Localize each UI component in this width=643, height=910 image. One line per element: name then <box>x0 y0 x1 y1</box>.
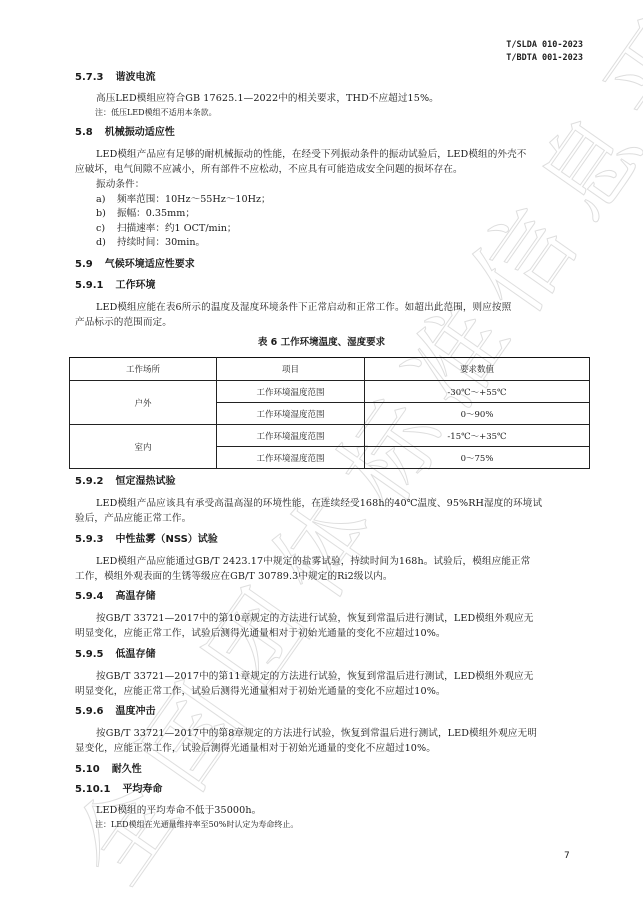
table-header-row: 工作场所 项目 要求数值 <box>70 358 590 381</box>
item-cell: 工作环境湿度范围 <box>217 403 365 425</box>
section-heading-5-7-3: 5.7.3谐波电流 <box>75 71 155 85</box>
condition-label: 振动条件： <box>96 178 144 192</box>
value-cell: -15℃～+35℃ <box>365 425 590 447</box>
standard-code-1: T/SLDA 010-2023 <box>506 38 583 52</box>
header-cell: 要求数值 <box>365 358 590 381</box>
environment-requirements-table: 工作场所 项目 要求数值 户外 工作环境温度范围 -30℃～+55℃ 工作环境湿… <box>69 357 590 469</box>
section-heading-5-9: 5.9气候环境适应性要求 <box>75 258 195 272</box>
section-body-line: LED模组产品应能通过GB/T 2423.17中规定的盐雾试验，持续时间为168… <box>96 555 530 569</box>
note: 注：低压LED模组不适用本条款。 <box>95 106 217 120</box>
list-item: d)持续时间：30min。 <box>96 236 205 250</box>
section-heading-5-9-6: 5.9.6温度冲击 <box>75 705 155 719</box>
section-body-line: 验后，产品应能正常工作。 <box>75 512 191 526</box>
section-heading-5-9-4: 5.9.4高温存储 <box>75 590 155 604</box>
value-cell: -30℃～+55℃ <box>365 381 590 403</box>
section-heading-5-9-3: 5.9.3中性盐雾（NSS）试验 <box>75 533 218 547</box>
list-item: a)频率范围：10Hz～55Hz～10Hz； <box>96 193 271 207</box>
section-heading-5-8: 5.8机械振动适应性 <box>75 126 175 140</box>
item-cell: 工作环境温度范围 <box>217 425 365 447</box>
section-body-line: LED模组产品应有足够的耐机械振动的性能，在经受下列振动条件的振动试验后，LED… <box>96 148 526 162</box>
table-caption: 表 6 工作环境温度、湿度要求 <box>0 336 643 350</box>
section-heading-5-10: 5.10耐久性 <box>75 763 142 777</box>
item-cell: 工作环境温度范围 <box>217 381 365 403</box>
header-cell: 工作场所 <box>70 358 217 381</box>
item-cell: 工作环境湿度范围 <box>217 447 365 469</box>
section-heading-5-10-1: 5.10.1平均寿命 <box>75 783 162 797</box>
section-body-line: 工作，模组外观表面的生锈等级应在GB/T 30789.3中规定的Ri2级以内。 <box>75 570 393 584</box>
header-cell: 项目 <box>217 358 365 381</box>
section-heading-5-9-5: 5.9.5低温存储 <box>75 648 155 662</box>
list-item: c)扫描速率：约1 OCT/min； <box>96 222 237 236</box>
value-cell: 0～90% <box>365 403 590 425</box>
place-cell: 室内 <box>70 425 217 469</box>
table-row: 室内 工作环境温度范围 -15℃～+35℃ <box>70 425 590 447</box>
section-body-line: 明显变化，应能正常工作，试验后测得光通量相对于初始光通量的变化不应超过10%。 <box>75 685 446 699</box>
section-body-line: 应破坏，电气间隙不应减小，所有部件不应松动，不应具有可能造成安全问题的损坏存在。 <box>75 163 463 177</box>
value-cell: 0～75% <box>365 447 590 469</box>
section-body-line: 显变化，应能正常工作，试验后测得光通量相对于初始光通量的变化不应超过10%。 <box>75 742 436 756</box>
section-heading-5-9-2: 5.9.2恒定湿热试验 <box>75 475 175 489</box>
section-body-line: 产品标示的范围而定。 <box>75 316 172 330</box>
section-body-line: 按GB/T 33721—2017中的第11章规定的方法进行试验，恢复到常温后进行… <box>96 670 533 684</box>
section-body: 高压LED模组应符合GB 17625.1—2022中的相关要求，THD不应超过1… <box>96 92 439 106</box>
list-item: b)振幅：0.35mm； <box>96 207 195 221</box>
standard-code-2: T/BDTA 001-2023 <box>506 51 583 65</box>
section-body: LED模组的平均寿命不低于35000h。 <box>96 804 261 818</box>
section-body-line: 明显变化，应能正常工作，试验后测得光通量相对于初始光通量的变化不应超过10%。 <box>75 627 446 641</box>
section-heading-5-9-1: 5.9.1工作环境 <box>75 279 155 293</box>
page-number: 7 <box>564 851 570 861</box>
section-body-line: LED模组产品应该具有承受高温高湿的环境性能，在连续经受168h的40℃温度、9… <box>96 497 542 511</box>
section-body-line: 按GB/T 33721—2017中的第10章规定的方法进行试验，恢复到常温后进行… <box>96 612 533 626</box>
place-cell: 户外 <box>70 381 217 425</box>
note: 注：LED模组在光通量维持率至50%时认定为寿命终止。 <box>95 818 298 832</box>
section-body-line: LED模组应能在表6所示的温度及湿度环境条件下正常启动和正常工作。如超出此范围，… <box>96 301 511 315</box>
section-body-line: 按GB/T 33721—2017中的第8章规定的方法进行试验，恢复到常温后进行测… <box>96 727 537 741</box>
table-row: 户外 工作环境温度范围 -30℃～+55℃ <box>70 381 590 403</box>
